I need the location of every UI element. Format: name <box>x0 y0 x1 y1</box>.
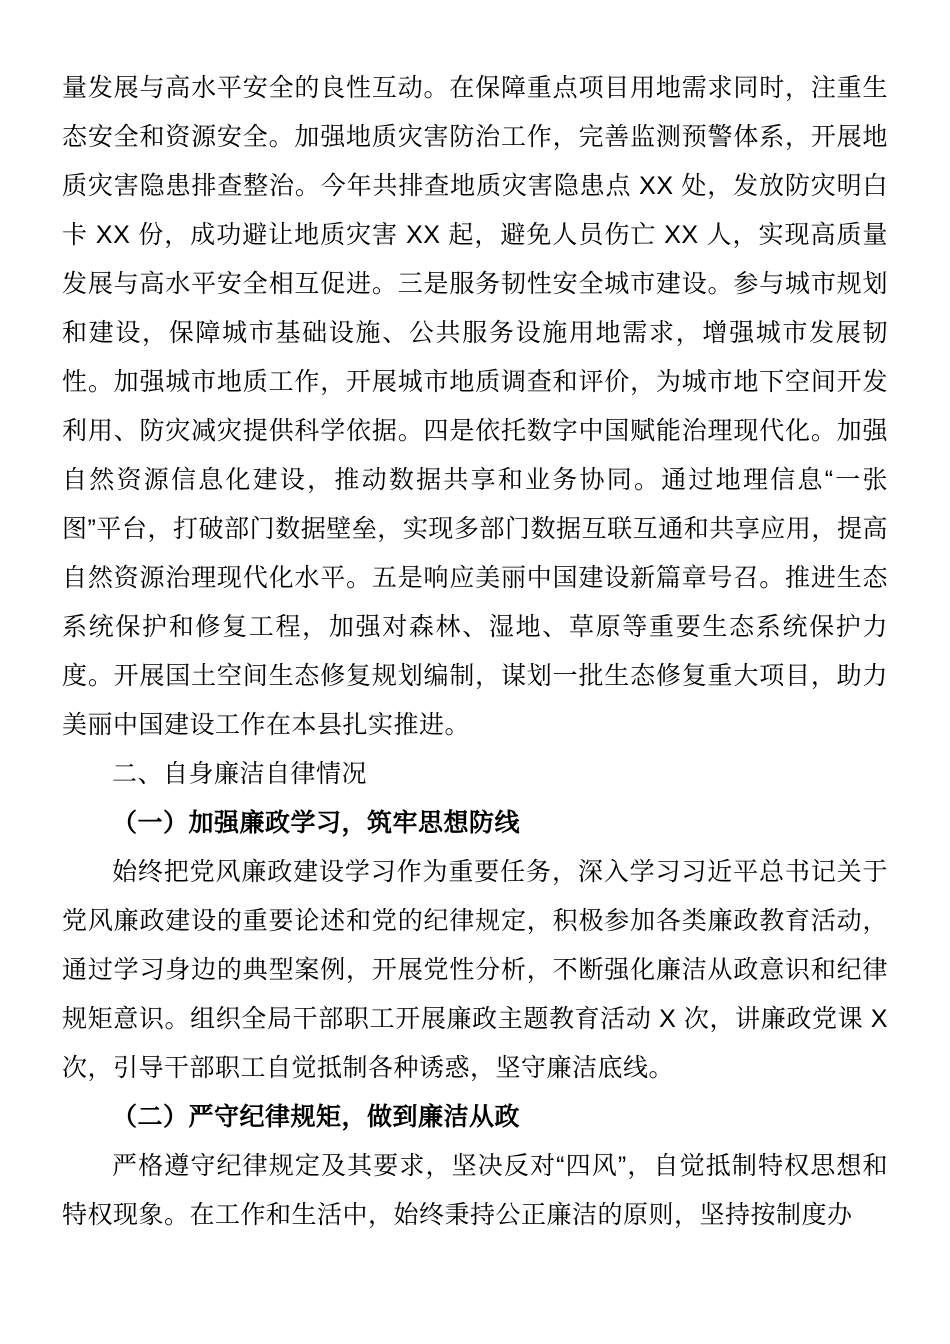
subsection-heading-2-2: （二）严守纪律规矩，做到廉洁从政 <box>62 1093 888 1142</box>
section-heading-2: 二、自身廉洁自律情况 <box>62 750 888 799</box>
body-paragraph-2-1: 始终把党风廉政建设学习作为重要任务，深入学习习近平总书记关于党风廉政建设的重要论… <box>62 848 888 1093</box>
body-paragraph-2-2: 严格遵守纪律规定及其要求，坚决反对“四风”，自觉抵制特权思想和特权现象。在工作和… <box>62 1142 888 1240</box>
body-paragraph-continuation: 量发展与高水平安全的良性互动。在保障重点项目用地需求同时，注重生态安全和资源安全… <box>62 64 888 750</box>
subsection-heading-2-1: （一）加强廉政学习，筑牢思想防线 <box>62 799 888 848</box>
document-page: 量发展与高水平安全的良性互动。在保障重点项目用地需求同时，注重生态安全和资源安全… <box>0 0 950 1344</box>
